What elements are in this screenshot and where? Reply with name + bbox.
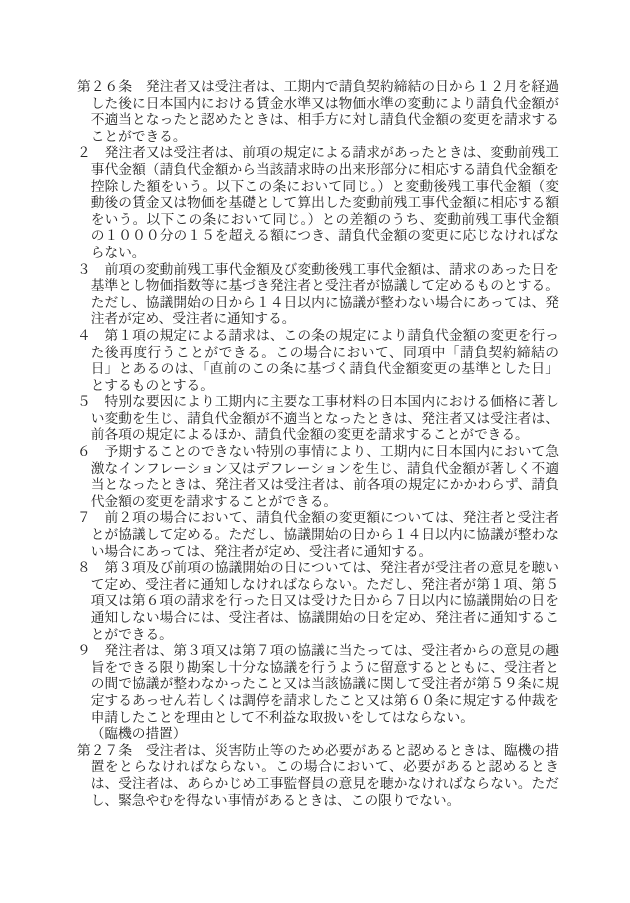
article-26-opening-paragraph: 第２６条 発注者又は受注者は、工期内で請負契約締結の日から１２月を経過した後に日… — [77, 79, 559, 145]
article-26-clause-5: ５ 特別な要因により工期内に主要な工事材料の日本国内における価格に著しい変動を生… — [77, 394, 559, 444]
article-26-clause-3: ３ 前項の変動前残工事代金額及び変動後残工事代金額は、請求のあった日を基準とし物… — [77, 262, 559, 328]
paragraph-text: 受注者は、災害防止等のため必要があると認めるときは、臨機の措置をとらなければなら… — [91, 743, 559, 808]
paragraph-text: 前項の変動前残工事代金額及び変動後残工事代金額は、請求のあった日を基準とし物価指… — [91, 262, 559, 327]
section-heading-emergency-measures: （臨機の措置） — [77, 726, 559, 743]
article-26-clause-6: ６ 予期することのできない特別の事情により、工期内に日本国内において急激なインフ… — [77, 444, 559, 510]
article-26-clause-9: ９ 発注者は、第３項又は第７項の協議に当たっては、受注者からの意見の趣旨をできる… — [77, 643, 559, 726]
paragraph-text: 発注者は、第３項又は第７項の協議に当たっては、受注者からの意見の趣旨をできる限り… — [91, 643, 559, 724]
paragraph-text: 前２項の場合において、請負代金額の変更額については、発注者と受注者とが協議して定… — [91, 510, 559, 558]
clause-number: ７ — [77, 510, 105, 525]
article-26-clause-4: ４ 第１項の規定による請求は、この条の規定により請負代金額の変更を行った後再度行… — [77, 328, 559, 394]
contract-text-block: 第２６条 発注者又は受注者は、工期内で請負契約締結の日から１２月を経過した後に日… — [77, 79, 559, 809]
paragraph-text: 発注者又は受注者は、前項の規定による請求があったときは、変動前残工事代金額（請負… — [91, 145, 559, 260]
clause-number: ５ — [77, 394, 105, 409]
clause-number: ３ — [77, 262, 105, 277]
paragraph-text: 予期することのできない特別の事情により、工期内に日本国内において急激なインフレー… — [91, 444, 559, 509]
article-26-clause-2: ２ 発注者又は受注者は、前項の規定による請求があったときは、変動前残工事代金額（… — [77, 145, 559, 261]
paragraph-text: 第３項及び前項の協議開始の日については、発注者が受注者の意見を聴いて定め、受注者… — [91, 560, 559, 641]
clause-number: ９ — [77, 643, 105, 658]
paragraph-text: 特別な要因により工期内に主要な工事材料の日本国内における価格に著しい変動を生じ、… — [91, 394, 559, 442]
paragraph-text: 第１項の規定による請求は、この条の規定により請負代金額の変更を行った後再度行うこ… — [91, 328, 559, 393]
clause-number: ４ — [77, 328, 105, 343]
clause-number: ６ — [77, 444, 105, 459]
clause-number: ８ — [77, 560, 105, 575]
article-26-clause-7: ７ 前２項の場合において、請負代金額の変更額については、発注者と受注者とが協議し… — [77, 510, 559, 560]
document-page: 第２６条 発注者又は受注者は、工期内で請負契約締結の日から１２月を経過した後に日… — [0, 0, 630, 903]
article-number: 第２７条 — [77, 743, 146, 758]
paragraph-text: 発注者又は受注者は、工期内で請負契約締結の日から１２月を経過した後に日本国内にお… — [91, 79, 559, 144]
clause-number: ２ — [77, 145, 105, 160]
article-27-paragraph: 第２７条 受注者は、災害防止等のため必要があると認めるときは、臨機の措置をとらな… — [77, 743, 559, 809]
heading-text: （臨機の措置） — [91, 726, 187, 741]
article-number: 第２６条 — [77, 79, 146, 94]
article-26-clause-8: ８ 第３項及び前項の協議開始の日については、発注者が受注者の意見を聴いて定め、受… — [77, 560, 559, 643]
